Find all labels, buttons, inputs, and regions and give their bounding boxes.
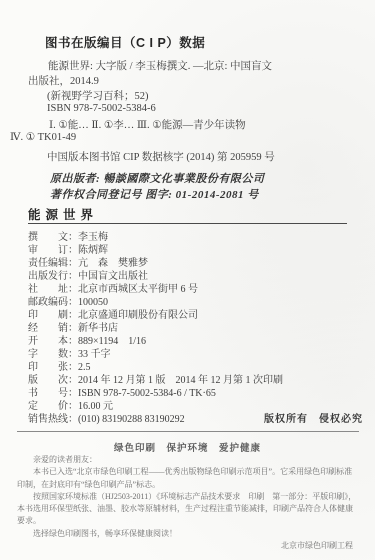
- detail-label: 定 价：: [28, 400, 78, 413]
- detail-label: 版 次：: [28, 374, 78, 387]
- detail-value: 33 千字: [78, 348, 111, 361]
- detail-row: 印 刷：北京盛通印刷股份有限公司: [28, 309, 358, 322]
- title-rule: [28, 223, 347, 224]
- detail-value: 889×1194 1/16: [78, 335, 146, 348]
- detail-label: 印 刷：: [28, 309, 78, 322]
- cip-classification-line2: Ⅳ. ① TK01-49: [10, 131, 76, 143]
- detail-row: 社 址：北京市西城区太平街甲 6 号: [28, 283, 358, 296]
- detail-value: 2014 年 12 月第 1 版 2014 年 12 月第 1 次印刷: [78, 374, 283, 387]
- cip-classification-line1: Ⅰ. ①能… Ⅱ. ①李… Ⅲ. ①能源—青少年读物: [49, 117, 246, 132]
- detail-label: 销售热线：: [28, 413, 78, 426]
- detail-row: 书 号：ISBN 978-7-5002-5384-6 / TK·65: [28, 387, 358, 400]
- detail-label: 出版发行：: [28, 270, 78, 283]
- reader-salutation: 亲爱的读者朋友：: [17, 454, 359, 466]
- detail-value: 亢 森 樊雅梦: [78, 257, 148, 270]
- detail-row: 开 本：889×1194 1/16: [28, 335, 358, 348]
- green-printing-slogan: 绿色印刷 保护环境 爱护健康: [0, 440, 375, 454]
- detail-value: 2.5: [78, 361, 91, 374]
- detail-label: 书 号：: [28, 387, 78, 400]
- detail-label: 责任编辑：: [28, 257, 78, 270]
- green-printing-notice: 亲爱的读者朋友： 本书已入选“北京市绿色印刷工程——优秀出版物绿色印刷示范项目”…: [17, 454, 359, 552]
- detail-row: 印 张：2.5: [28, 361, 358, 374]
- detail-row: 审 订：陈炳辉: [28, 244, 358, 257]
- detail-value: (010) 83190288 83190292: [78, 413, 185, 426]
- green-notice-signature: 北京市绿色印刷工程: [17, 540, 359, 552]
- detail-value: 北京盛通印刷股份有限公司: [78, 309, 198, 322]
- section-divider: [17, 431, 359, 432]
- detail-label: 审 订：: [28, 244, 78, 257]
- detail-value: 陈炳辉: [78, 244, 108, 257]
- book-title: 能源世界: [28, 205, 98, 223]
- copyright-registration-line: 著作权合同登记号 图字: 01-2014-2081 号: [50, 186, 259, 202]
- cip-series: (新视野学习百科；52): [47, 88, 149, 103]
- copyright-page: 图书在版编目（C I P）数据 能源世界: 大字版 / 李玉梅撰文. —北京: …: [0, 0, 375, 560]
- detail-row: 版 次：2014 年 12 月第 1 版 2014 年 12 月第 1 次印刷: [28, 374, 358, 387]
- detail-value: 100050: [78, 296, 108, 309]
- details-list: 撰 文：李玉梅审 订：陈炳辉责任编辑：亢 森 樊雅梦出版发行：中国盲文出版社社 …: [28, 231, 358, 427]
- rights-notice: 版权所有 侵权必究: [264, 410, 363, 425]
- detail-row: 出版发行：中国盲文出版社: [28, 270, 358, 283]
- cip-header: 图书在版编目（C I P）数据: [45, 33, 205, 51]
- detail-label: 经 销：: [28, 322, 78, 335]
- detail-value: 新华书店: [78, 322, 118, 335]
- detail-label: 字 数：: [28, 348, 78, 361]
- detail-row: 字 数：33 千字: [28, 348, 358, 361]
- detail-row: 责任编辑：亢 森 樊雅梦: [28, 257, 358, 270]
- cip-record-number: 中国版本图书馆 CIP 数据核字 (2014) 第 205959 号: [47, 149, 275, 164]
- detail-label: 社 址：: [28, 283, 78, 296]
- detail-row: 邮政编码：100050: [28, 296, 358, 309]
- detail-label: 撰 文：: [28, 231, 78, 244]
- detail-value: 16.00 元: [78, 400, 113, 413]
- detail-value: 中国盲文出版社: [78, 270, 148, 283]
- cip-description-line1: 能源世界: 大字版 / 李玉梅撰文. —北京: 中国盲文: [48, 58, 272, 73]
- detail-label: 印 张：: [28, 361, 78, 374]
- cip-isbn: ISBN 978-7-5002-5384-6: [47, 103, 156, 114]
- detail-value: 李玉梅: [78, 231, 108, 244]
- detail-row: 撰 文：李玉梅: [28, 231, 358, 244]
- original-publisher-line: 原出版者: 暢談國際文化事業股份有限公司: [50, 170, 264, 186]
- cip-description-line2: 出版社，2014.9: [28, 73, 99, 88]
- green-notice-paragraph-3: 选择绿色印刷图书，畅享环保健康阅读！: [17, 528, 359, 540]
- detail-value: ISBN 978-7-5002-5384-6 / TK·65: [78, 387, 216, 400]
- detail-label: 开 本：: [28, 335, 78, 348]
- detail-row: 经 销：新华书店: [28, 322, 358, 335]
- detail-value: 北京市西城区太平街甲 6 号: [78, 283, 198, 296]
- green-notice-paragraph-1: 本书已入选“北京市绿色印刷工程——优秀出版物绿色印刷示范项目”。它采用绿色印刷标…: [17, 466, 359, 491]
- green-notice-paragraph-2: 按照国家环境标准（HJ2503-2011）《环境标志产品技术要求 印刷 第一部分…: [17, 491, 359, 528]
- detail-label: 邮政编码：: [28, 296, 78, 309]
